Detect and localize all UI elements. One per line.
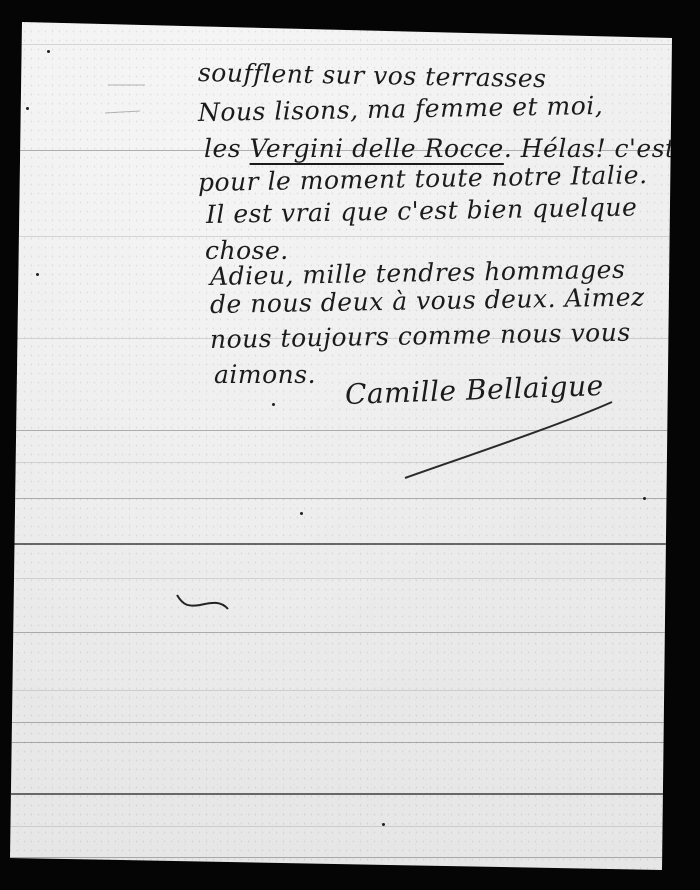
paper-sheet: soufflent sur vos terrasses Nous lisons,… xyxy=(0,0,700,890)
signature-flourish-line xyxy=(405,402,612,478)
stray-pen-mark xyxy=(177,595,228,609)
scanned-page: soufflent sur vos terrasses Nous lisons,… xyxy=(0,0,700,890)
pen-strokes xyxy=(0,0,700,890)
margin-mark xyxy=(105,111,140,113)
